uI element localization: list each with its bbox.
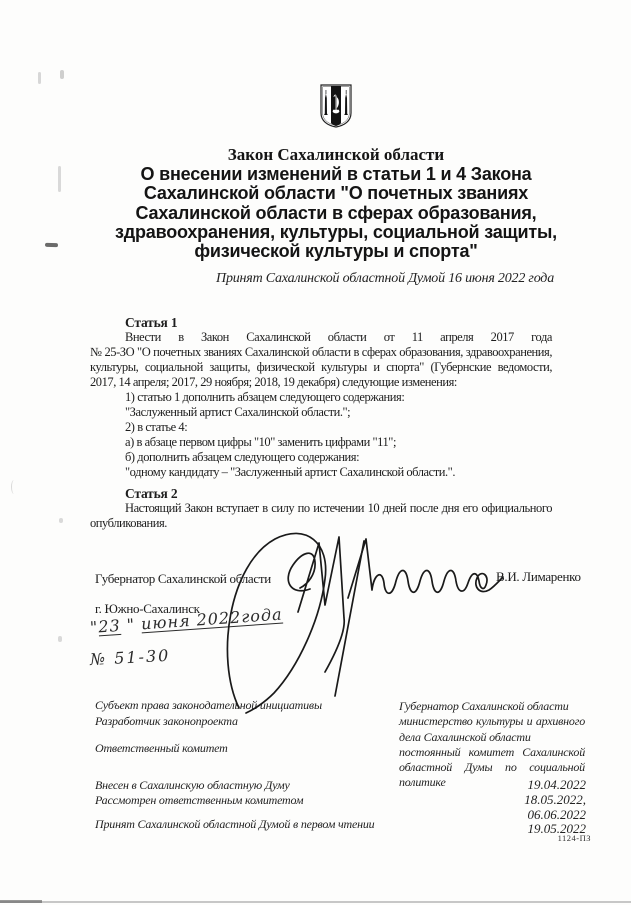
article-1-line: № 25-ЗО "О почетных званиях Сахалинской …	[90, 345, 552, 360]
document-page: Закон Сахалинской области О внесении изм…	[0, 0, 631, 905]
footer-date: 19.04.2022	[440, 777, 586, 793]
footer-left-line: Внесен в Сахалинскую областную Думу	[95, 778, 395, 794]
scan-speck	[58, 636, 62, 642]
scan-edge-line	[0, 901, 631, 903]
title-line: Сахалинской области "О почетных званиях	[40, 184, 631, 203]
footer-right-line: дела Сахалинской области	[399, 730, 585, 745]
scan-speck	[58, 166, 61, 192]
title-line: О внесении изменений в статьи 1 и 4 Зако…	[40, 165, 631, 184]
title-block: Закон Сахалинской области О внесении изм…	[40, 144, 631, 261]
adopted-line: Принят Сахалинской областной Думой 16 ию…	[216, 271, 554, 287]
scan-speck	[59, 518, 63, 523]
sakhalin-coat-of-arms-icon	[319, 84, 353, 128]
article-1-line: 2017, 14 апреля; 2017, 29 ноября; 2018, …	[90, 375, 552, 390]
footer-right-line: постоянный комитет Сахалинской	[399, 745, 585, 760]
footer-right-line: министерство культуры и архивного	[399, 714, 585, 729]
law-title: Закон Сахалинской области	[40, 144, 631, 165]
article-2: Статья 2 Настоящий Закон вступает в силу…	[90, 486, 552, 531]
footer-left-line: Принят Сахалинской областной Думой в пер…	[95, 817, 395, 833]
scan-edge-line	[0, 900, 42, 903]
article-1-line: 1) статью 1 дополнить абзацем следующего…	[90, 390, 552, 405]
article-1: Статья 1 Внести в Закон Сахалинской обла…	[90, 315, 552, 480]
scan-speck	[45, 243, 58, 247]
article-2-line: Настоящий Закон вступает в силу по истеч…	[90, 501, 552, 516]
governor-signature-icon	[213, 526, 565, 714]
article-2-heading: Статья 2	[90, 486, 552, 501]
article-1-heading: Статья 1	[90, 315, 552, 330]
handwritten-document-number: № 51-30	[90, 646, 171, 669]
article-1-line: б) дополнить абзацем следующего содержан…	[90, 450, 552, 465]
scan-speck	[38, 72, 41, 84]
quote-close: "	[126, 615, 136, 635]
article-1-line: а) в абзаце первом цифры "10" заменить ц…	[90, 435, 552, 450]
article-1-line: культуры, социальной защиты, физической …	[90, 360, 552, 375]
article-1-line: 2) в статье 4:	[90, 420, 552, 435]
footer-right-line: областной Думы по социальной	[399, 760, 585, 775]
bill-code: 1124-ПЗ	[558, 833, 591, 843]
scan-speck	[60, 70, 64, 79]
title-line: физической культуры и спорта"	[40, 242, 631, 261]
footer-left-line: Рассмотрен ответственным комитетом	[95, 793, 395, 809]
footer-left-line: Ответственный комитет	[95, 741, 395, 757]
scan-speck	[11, 480, 17, 494]
article-1-line: "одному кандидату – "Заслуженный артист …	[90, 465, 552, 480]
handwritten-day: 23	[98, 616, 122, 637]
title-line: Сахалинской области в сферах образования…	[40, 204, 631, 223]
title-line: здравоохранения, культуры, социальной за…	[40, 223, 631, 242]
footer-left-line: Разработчик законопроекта	[95, 714, 395, 730]
article-1-line: "Заслуженный артист Сахалинской области.…	[90, 405, 552, 420]
footer-date: 18.05.2022,	[440, 792, 586, 808]
article-1-line: Внести в Закон Сахалинской области от 11…	[90, 330, 552, 345]
